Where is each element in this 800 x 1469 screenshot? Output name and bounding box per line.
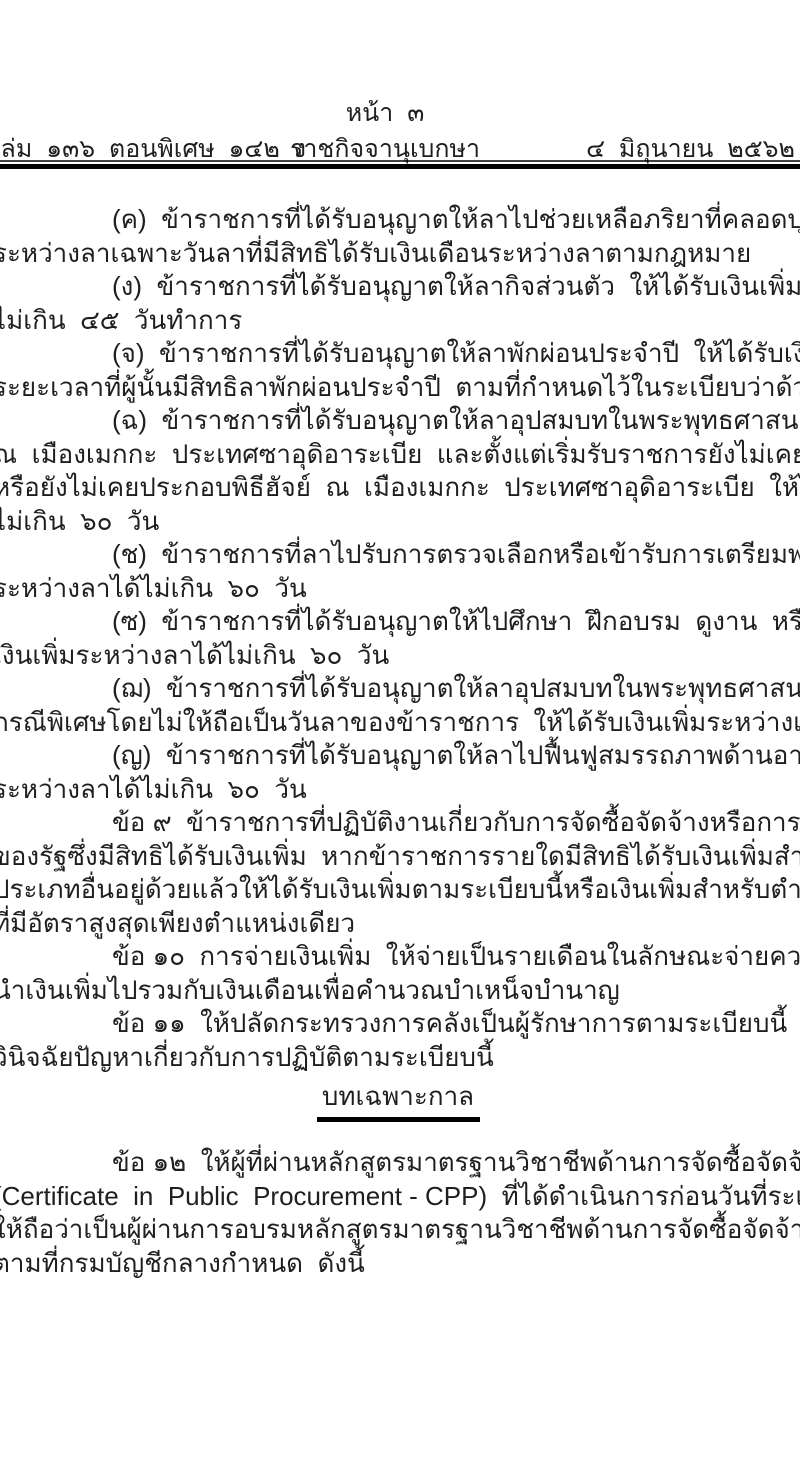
text-line: ให้ถือว่าเป็นผู้ผ่านการอบรมหลักสูตรมาตรฐ… (0, 1213, 796, 1247)
text-line: (ซ) ข้าราชการที่ได้รับอนุญาตให้ไปศึกษา ฝ… (0, 605, 796, 639)
header-rule-thin (0, 160, 800, 162)
text-line: ข้อ ๑๒ ให้ผู้ที่ผ่านหลักสูตรมาตรฐานวิชาช… (0, 1146, 796, 1180)
text-line: (ฉ) ข้าราชการที่ได้รับอนุญาตให้ลาอุปสมบท… (0, 404, 796, 438)
text-line: (ช) ข้าราชการที่ลาไปรับการตรวจเลือกหรือเ… (0, 538, 796, 572)
text-line: ระหว่างลาเฉพาะวันลาที่มีสิทธิได้รับเงินเ… (0, 237, 796, 271)
section-heading-title: บทเฉพาะกาล (0, 1080, 796, 1112)
text-line: ของรัฐซึ่งมีสิทธิได้รับเงินเพิ่ม หากข้าร… (0, 840, 796, 874)
page-number-label: หน้า ๓ (346, 98, 425, 128)
text-line: ที่มีอัตราสูงสุดเพียงตำแหน่งเดียว (0, 907, 796, 941)
section-heading-rule (317, 1117, 480, 1122)
text-line: (จ) ข้าราชการที่ได้รับอนุญาตให้ลาพักผ่อน… (0, 337, 796, 371)
text-line: (ฌ) ข้าราชการที่ได้รับอนุญาตให้ลาอุปสมบท… (0, 672, 796, 706)
header-rule-thick (0, 164, 800, 169)
section-heading: บทเฉพาะกาล (0, 1080, 796, 1122)
text-line: หรือยังไม่เคยประกอบพิธีฮัจย์ ณ เมืองเมกก… (0, 471, 796, 505)
text-line: (ญ) ข้าราชการที่ได้รับอนุญาตให้ลาไปฟื้นฟ… (0, 739, 796, 773)
document-body: (ค) ข้าราชการที่ได้รับอนุญาตให้ลาไปช่วยเ… (0, 203, 796, 1280)
text-line: ข้อ ๑๐ การจ่ายเงินเพิ่ม ให้จ่ายเป็นรายเด… (0, 940, 796, 974)
text-line: ระหว่างลาได้ไม่เกิน ๖๐ วัน (0, 773, 796, 807)
text-line: ระหว่างลาได้ไม่เกิน ๖๐ วัน (0, 572, 796, 606)
text-line: นำเงินเพิ่มไปรวมกับเงินเดือนเพื่อคำนวณบำ… (0, 974, 796, 1008)
text-line: (ง) ข้าราชการที่ได้รับอนุญาตให้ลากิจส่วน… (0, 270, 796, 304)
text-line: ข้อ ๙ ข้าราชการที่ปฏิบัติงานเกี่ยวกับการ… (0, 806, 796, 840)
text-line: เงินเพิ่มระหว่างลาได้ไม่เกิน ๖๐ วัน (0, 639, 796, 673)
text-line: ประเภทอื่นอยู่ด้วยแล้วให้ได้รับเงินเพิ่ม… (0, 873, 796, 907)
gazette-page: หน้า ๓ เล่ม ๑๓๖ ตอนพิเศษ ๑๔๒ ง ราชกิจจาน… (0, 0, 800, 1469)
text-line: ณ เมืองเมกกะ ประเทศซาอุดิอาระเบีย และตั้… (0, 438, 796, 472)
text-line: (Certificate in Public Procurement - CPP… (0, 1180, 796, 1214)
text-line: ไม่เกิน ๖๐ วัน (0, 505, 796, 539)
text-line: ระยะเวลาที่ผู้นั้นมีสิทธิลาพักผ่อนประจำป… (0, 371, 796, 405)
text-line: ตามที่กรมบัญชีกลางกำหนด ดังนี้ (0, 1247, 796, 1281)
text-line: กรณีพิเศษโดยไม่ให้ถือเป็นวันลาของข้าราชก… (0, 706, 796, 740)
text-line: ข้อ ๑๑ ให้ปลัดกระทรวงการคลังเป็นผู้รักษา… (0, 1007, 796, 1041)
text-line: วินิจฉัยปัญหาเกี่ยวกับการปฏิบัติตามระเบี… (0, 1041, 796, 1075)
text-line: (ค) ข้าราชการที่ได้รับอนุญาตให้ลาไปช่วยเ… (0, 203, 796, 237)
text-line: ไม่เกิน ๔๕ วันทำการ (0, 304, 796, 338)
